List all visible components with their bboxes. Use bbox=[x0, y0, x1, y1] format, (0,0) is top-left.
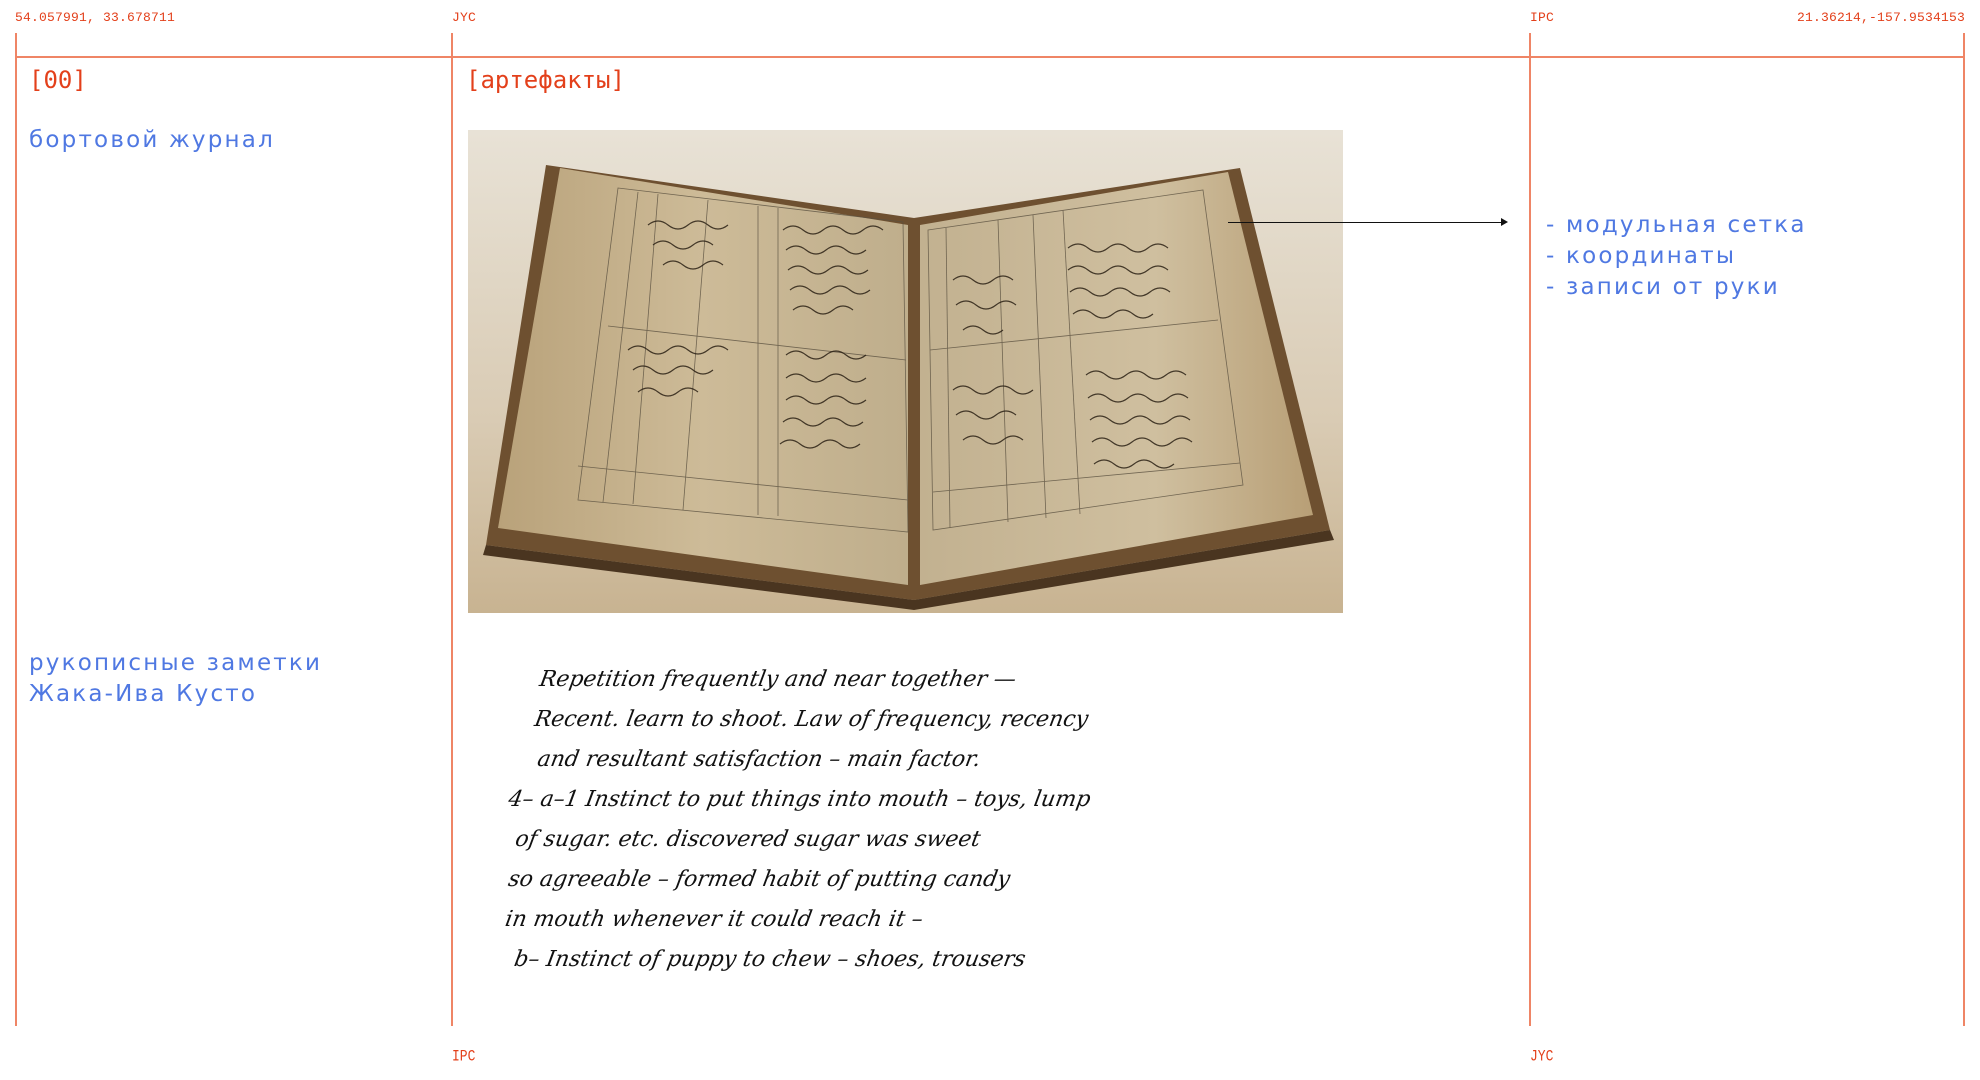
handwritten-notes: Repetition frequently and near together … bbox=[477, 660, 1233, 980]
artifacts-title: [артефакты] bbox=[466, 66, 625, 94]
grid-top-rule bbox=[15, 56, 1965, 58]
coordinates-right: 21.36214,-157.9534153 bbox=[1797, 10, 1965, 25]
annotation-list: - модульная сетка - координаты - записи … bbox=[1546, 210, 1807, 303]
note-line: in mouth whenever it could reach it – bbox=[484, 900, 1191, 940]
note-line: b– Instinct of puppy to chew – shoes, tr… bbox=[477, 940, 1184, 980]
note-line: Recent. learn to shoot. Law of frequency… bbox=[519, 700, 1226, 740]
grid-column-line-4 bbox=[1963, 33, 1965, 1026]
coordinates-left: 54.057991, 33.678711 bbox=[15, 10, 175, 25]
notes-label-line-2: Жака-Ива Кусто bbox=[29, 679, 257, 710]
logbook-label: бортовой журнал bbox=[29, 125, 275, 156]
annotation-item-modular-grid: - модульная сетка bbox=[1546, 210, 1807, 241]
label-bottom-left: IPC bbox=[452, 1048, 475, 1066]
label-top-right: IPC bbox=[1530, 10, 1554, 25]
annotation-arrow bbox=[1228, 222, 1506, 223]
open-book-illustration bbox=[468, 130, 1343, 613]
grid-column-line-1 bbox=[15, 33, 17, 1026]
grid-column-line-2 bbox=[451, 33, 453, 1026]
note-line: Repetition frequently and near together … bbox=[526, 660, 1233, 700]
note-line: so agreeable – formed habit of putting c… bbox=[491, 860, 1198, 900]
annotation-item-coordinates: - координаты bbox=[1546, 241, 1807, 272]
annotation-item-handwriting: - записи от руки bbox=[1546, 272, 1807, 303]
note-line: of sugar. etc. discovered sugar was swee… bbox=[498, 820, 1205, 860]
note-line: and resultant satisfaction – main factor… bbox=[512, 740, 1219, 780]
label-top-left: JYC bbox=[452, 10, 476, 25]
section-index: [00] bbox=[29, 66, 87, 94]
grid-column-line-3 bbox=[1529, 33, 1531, 1026]
logbook-photo bbox=[468, 130, 1343, 613]
note-line: 4– a–1 Instinct to put things into mouth… bbox=[505, 780, 1212, 820]
label-bottom-right: JYC bbox=[1530, 1048, 1553, 1066]
notes-label-line-1: рукописные заметки bbox=[29, 648, 322, 679]
